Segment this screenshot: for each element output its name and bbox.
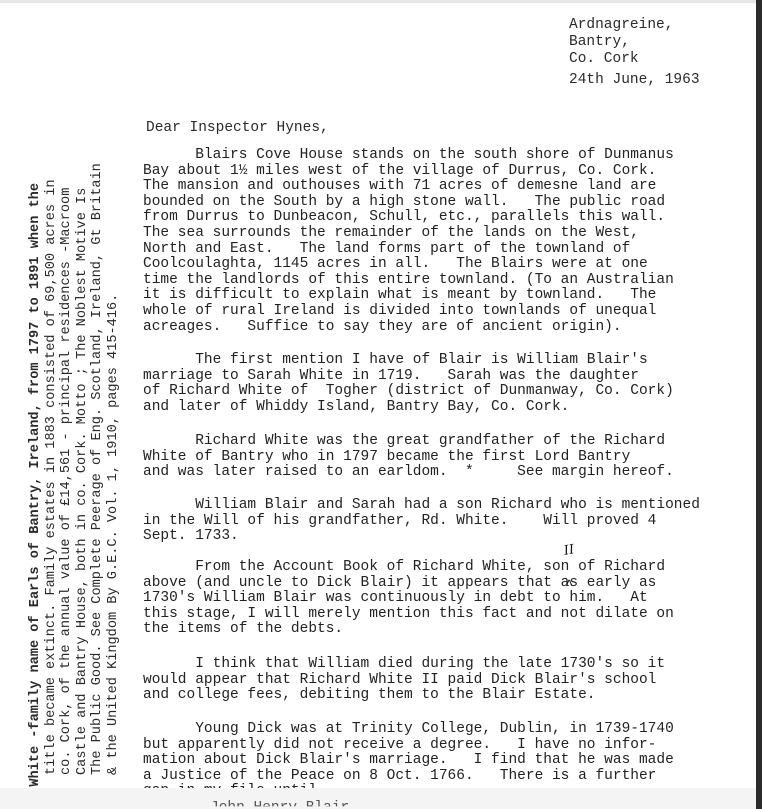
text-line: of Richard White of Togher (district of … bbox=[143, 384, 762, 400]
text-line: and later of Whiddy Island, Bantry Bay, … bbox=[143, 400, 762, 416]
margin-note-line: co. Cork, of the annual value of £14,561… bbox=[59, 23, 75, 803]
text-line: it is difficult to explain what is meant… bbox=[143, 288, 762, 304]
text-line: and college fees, debiting them to the B… bbox=[143, 688, 762, 704]
paragraph-4: William Blair and Sarah had a son Richar… bbox=[143, 498, 762, 545]
margin-note-line: * White -family name of Earls of Bantry,… bbox=[28, 23, 44, 803]
margin-footnote: * White -family name of Earls of Bantry,… bbox=[28, 23, 121, 803]
margin-note-line: The Public Good. See Complete Peerage of… bbox=[90, 23, 106, 803]
text-line: marriage to Sarah White in 1719. Sarah w… bbox=[143, 369, 762, 385]
paragraph-1: Blairs Cove House stands on the south sh… bbox=[143, 148, 762, 335]
text-line: White of Bantry who in 1797 became the f… bbox=[143, 450, 762, 466]
margin-note-line: Castle and Bantry House, both in co. Cor… bbox=[75, 23, 91, 803]
address-line: Co. Cork bbox=[569, 51, 673, 68]
text-line: Coolcoulaghta, 1145 acres in all. The Bl… bbox=[143, 257, 762, 273]
salutation: Dear Inspector Hynes, bbox=[146, 120, 329, 136]
letter-date: 24th June, 1963 bbox=[569, 72, 700, 88]
text-line: I think that William died during the lat… bbox=[143, 657, 762, 673]
text-line: North and East. The land forms part of t… bbox=[143, 242, 762, 258]
sender-address: Ardnagreine, Bantry, Co. Cork bbox=[569, 17, 673, 68]
text-line: but apparently did not receive a degree.… bbox=[143, 738, 762, 754]
text-line: this stage, I will merely mention this f… bbox=[143, 607, 762, 623]
text-line: Richard White was the great grandfather … bbox=[143, 434, 762, 450]
paragraph-6: I think that William died during the lat… bbox=[143, 657, 762, 704]
text-line: From the Account Book of Richard White, … bbox=[143, 560, 762, 576]
text-line: 1730's William Blair was continuously in… bbox=[143, 591, 762, 607]
text-line: from Durrus to Dunbeacon, Schull, etc., … bbox=[143, 210, 762, 226]
text-line: The mansion and outhouses with 71 acres … bbox=[143, 179, 762, 195]
margin-note-line: title became extinct. Family estates in … bbox=[44, 23, 60, 803]
text-line: Blairs Cove House stands on the south sh… bbox=[143, 148, 762, 164]
text-line: Young Dick was at Trinity College, Dubli… bbox=[143, 722, 762, 738]
text-line: Sept. 1733. bbox=[143, 529, 762, 545]
text-line: mation about Dick Blair's marriage. I fi… bbox=[143, 753, 762, 769]
text-line: acreages. Suffice to say they are of anc… bbox=[143, 320, 762, 336]
paragraph-3: Richard White was the great grandfather … bbox=[143, 434, 762, 481]
margin-note-line: & the United Kingdom By G.E.C. Vol. 1, 1… bbox=[106, 23, 122, 803]
text-line: The first mention I have of Blair is Wil… bbox=[143, 353, 762, 369]
paragraph-5: From the Account Book of Richard White, … bbox=[143, 560, 762, 638]
address-line: Bantry, bbox=[569, 34, 673, 51]
text-line: above (and uncle to Dick Blair) it appea… bbox=[143, 576, 762, 592]
viewer-right-edge bbox=[756, 0, 762, 809]
address-line: Ardnagreine, bbox=[569, 17, 673, 34]
text-line: and was later raised to an earldom. * Se… bbox=[143, 465, 762, 481]
text-line: the items of the debts. bbox=[143, 622, 762, 638]
text-line: time the landlords of this entire townla… bbox=[143, 273, 762, 289]
text-line: bounded on the South by a high stone wal… bbox=[143, 195, 762, 211]
text-line: Bay about 1½ miles west of the village o… bbox=[143, 164, 762, 180]
paragraph-2: The first mention I have of Blair is Wil… bbox=[143, 353, 762, 415]
text-line: The sea surrounds the remainder of the l… bbox=[143, 226, 762, 242]
text-line: whole of rural Ireland is divided into t… bbox=[143, 304, 762, 320]
text-line: a Justice of the Peace on 8 Oct. 1766. T… bbox=[143, 769, 762, 785]
text-line: William Blair and Sarah had a son Richar… bbox=[143, 498, 762, 514]
text-line: would appear that Richard White II paid … bbox=[143, 673, 762, 689]
letter-page: Ardnagreine, Bantry, Co. Cork 24th June,… bbox=[0, 3, 756, 788]
text-line: in the Will of his grandfather, Rd. Whit… bbox=[143, 514, 762, 530]
